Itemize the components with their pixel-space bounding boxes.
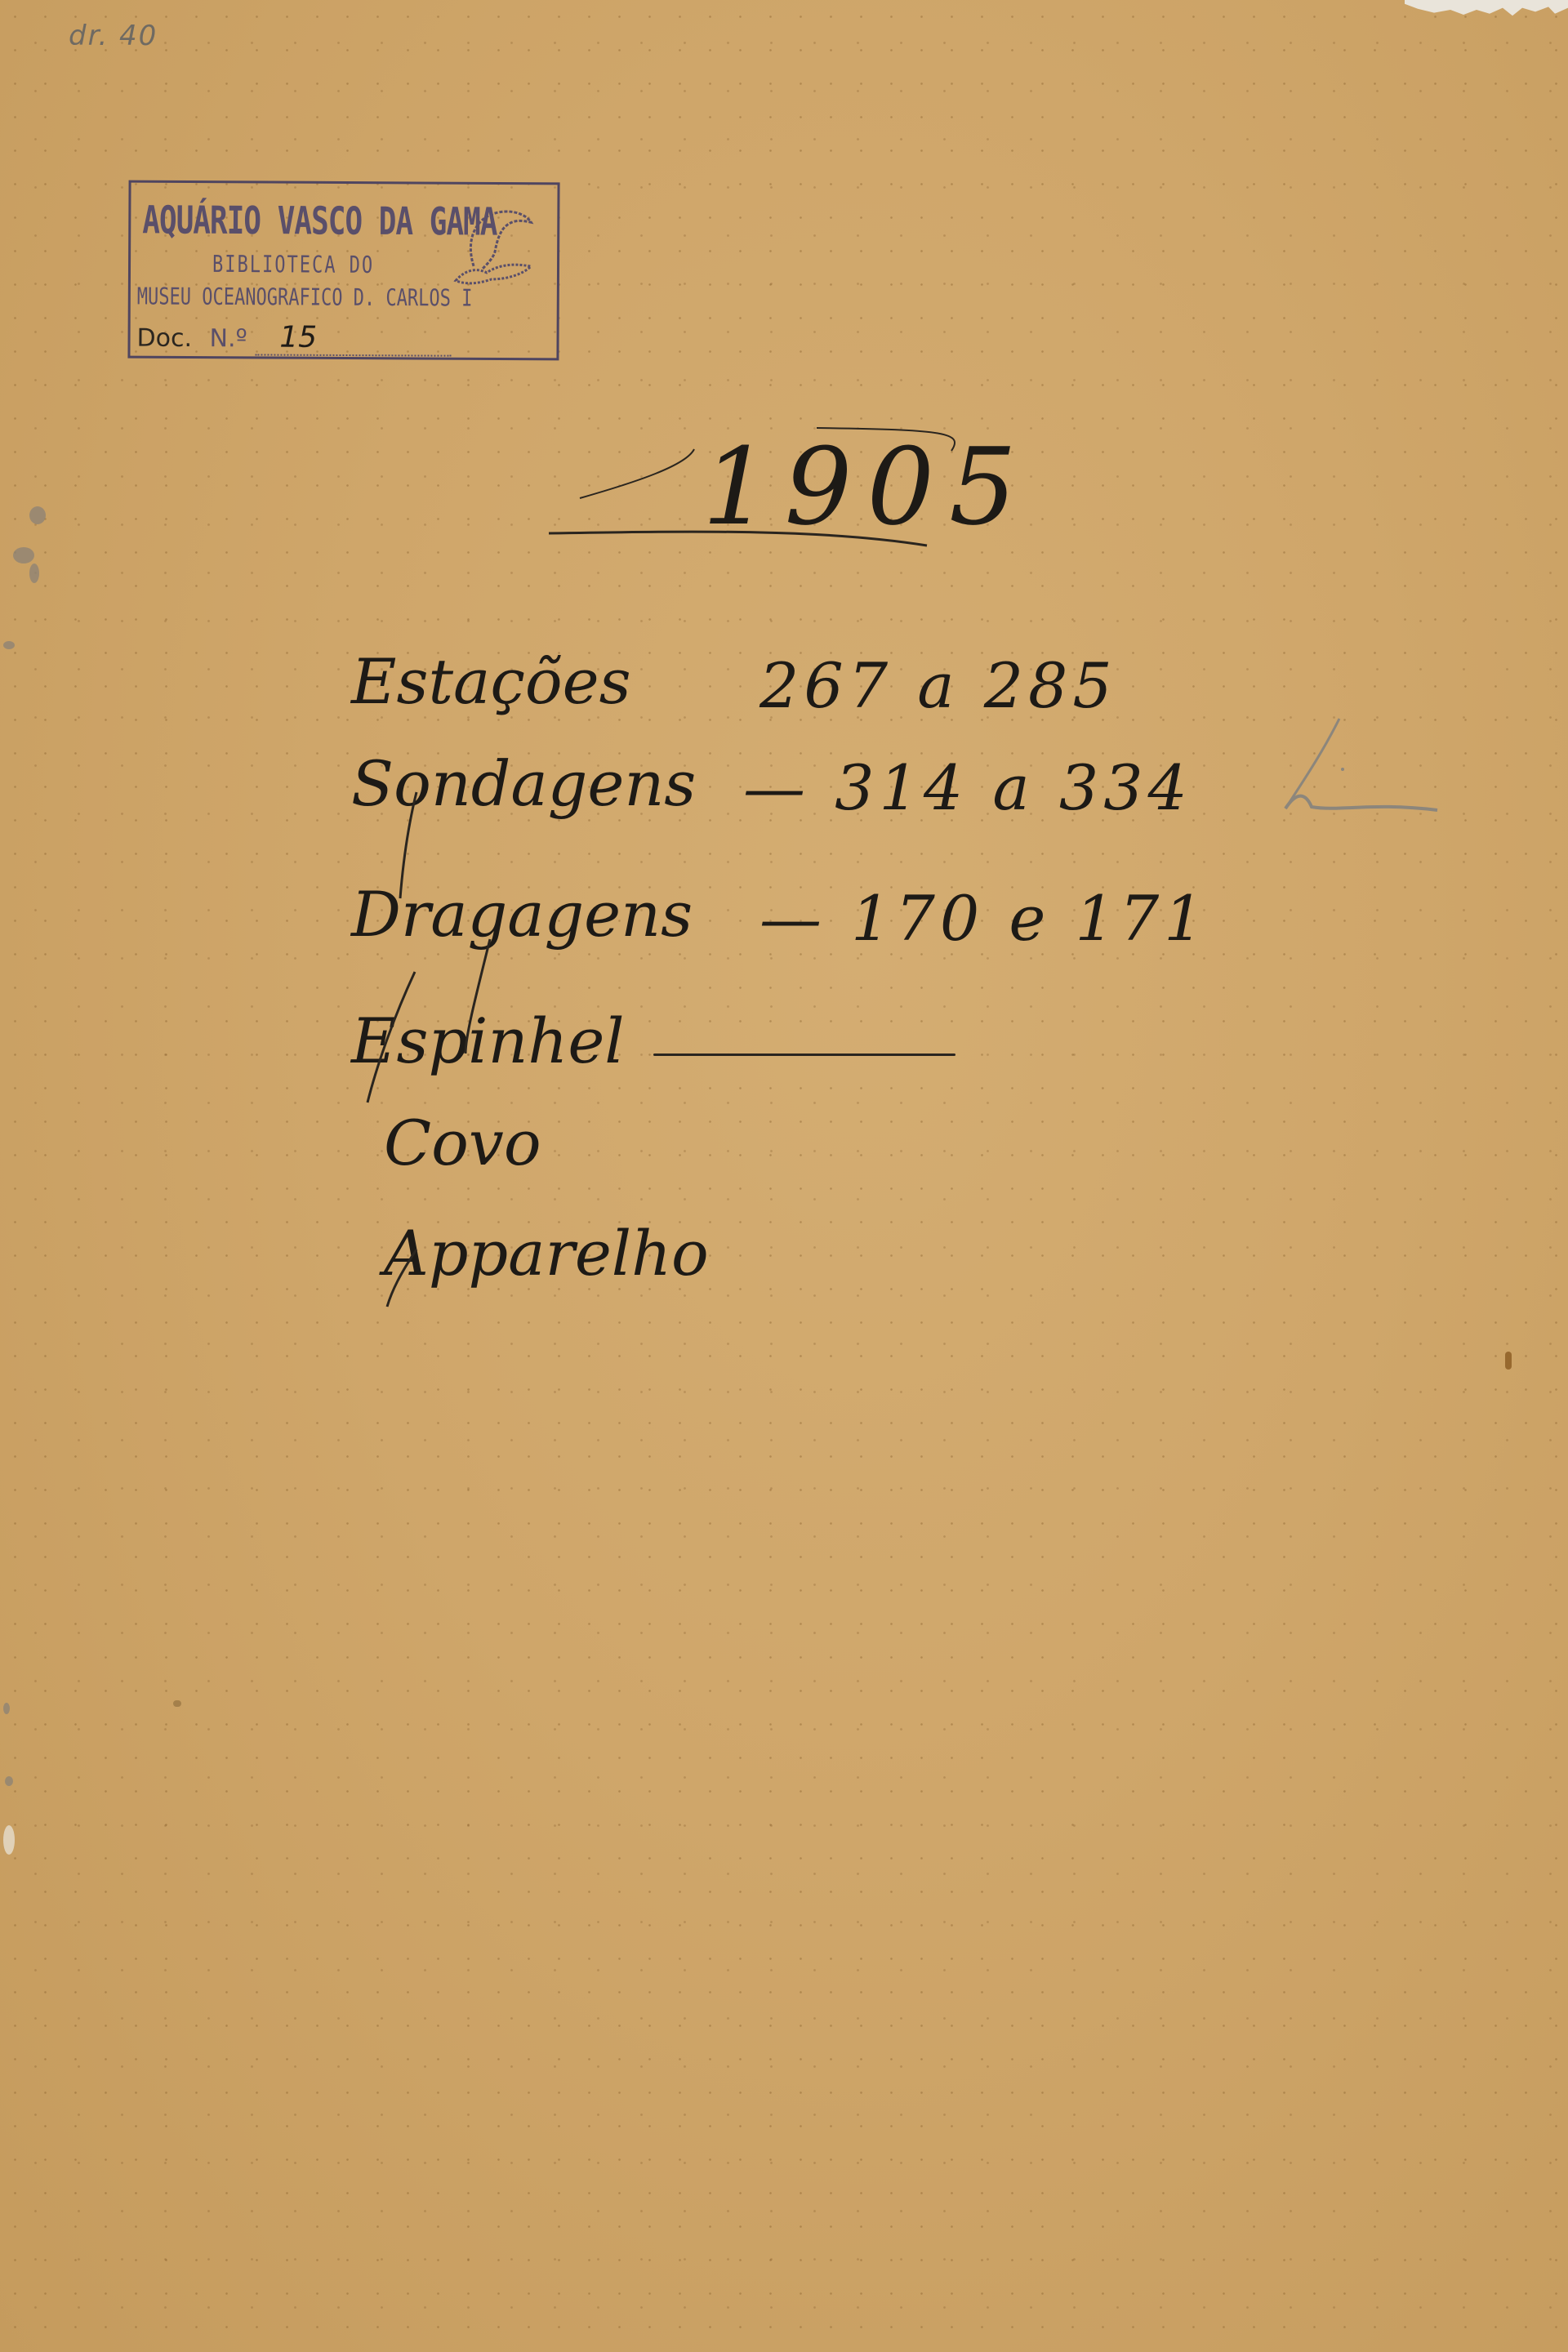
doc-label: Doc.: [136, 324, 192, 353]
pencil-reference: dr. 40: [69, 20, 158, 52]
year-flourish: [539, 408, 1192, 555]
underline-stroke: [653, 1053, 955, 1056]
binding-hole: [5, 1776, 13, 1786]
ink-stain: [1505, 1352, 1512, 1370]
stamp-title: AQUÁRIO VASCO DA GAMA: [142, 199, 497, 245]
dolphin-emblem-icon: [449, 201, 540, 292]
entry-label: Estações: [351, 645, 631, 718]
library-stamp: AQUÁRIO VASCO DA GAMA BIBLIOTECA DO MUSE…: [127, 180, 559, 361]
stamp-subtitle: BIBLIOTECA DO: [212, 252, 374, 279]
doc-number: 15: [255, 320, 451, 356]
document-page: dr. 40 AQUÁRIO VASCO DA GAMA BIBLIOTECA …: [0, 0, 1568, 2352]
ink-stain: [173, 1700, 181, 1707]
binding-hole: [29, 506, 46, 524]
entry-range: 267 a 285: [759, 649, 1117, 722]
binding-hole: [3, 1825, 15, 1855]
stamp-institution: MUSEU OCEANOGRAFICO D. CARLOS I: [137, 284, 473, 313]
stamp-doc-number: Doc. N.º 15: [136, 320, 451, 357]
descender-strokes: [327, 776, 653, 1347]
entry-range: — 314 a 334: [743, 751, 1192, 824]
number-label: N.º: [210, 324, 247, 353]
binding-hole: [29, 563, 39, 583]
entry-range: — 170 e 171: [759, 882, 1209, 955]
binding-hole: [3, 641, 15, 649]
pencil-mark-icon: [1249, 710, 1445, 825]
torn-edge: [1405, 0, 1568, 20]
binding-hole: [13, 547, 34, 563]
binding-hole: [3, 1703, 10, 1714]
